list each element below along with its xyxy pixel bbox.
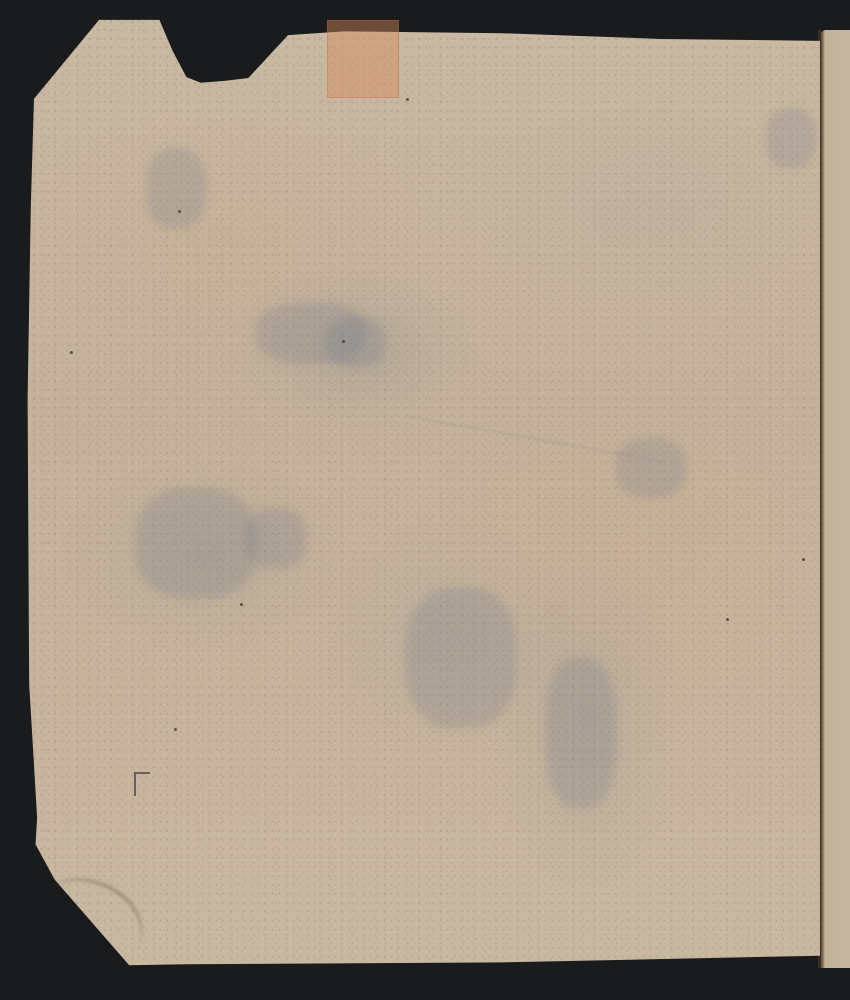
ink-speck <box>178 210 181 213</box>
ink-speck <box>240 603 243 606</box>
ink-bleed-through <box>406 588 516 728</box>
ink-speck <box>70 351 73 354</box>
ink-mark <box>134 772 150 796</box>
ink-speck <box>802 558 805 561</box>
ink-speck <box>406 98 409 101</box>
manuscript-page <box>26 18 820 970</box>
ink-speck <box>174 728 177 731</box>
ink-bleed-through <box>766 108 816 168</box>
ink-speck <box>726 618 729 621</box>
ink-bleed-through <box>136 488 256 598</box>
ink-speck <box>342 340 345 343</box>
ink-bleed-through <box>546 658 616 808</box>
ink-bleed-through <box>146 148 206 228</box>
paper-grain <box>26 18 820 970</box>
ink-bleed-through <box>616 438 686 498</box>
ink-bleed-through <box>246 508 306 568</box>
facing-page-edge <box>820 30 850 968</box>
ink-bleed-through <box>326 318 386 368</box>
library-stamp <box>327 20 399 98</box>
